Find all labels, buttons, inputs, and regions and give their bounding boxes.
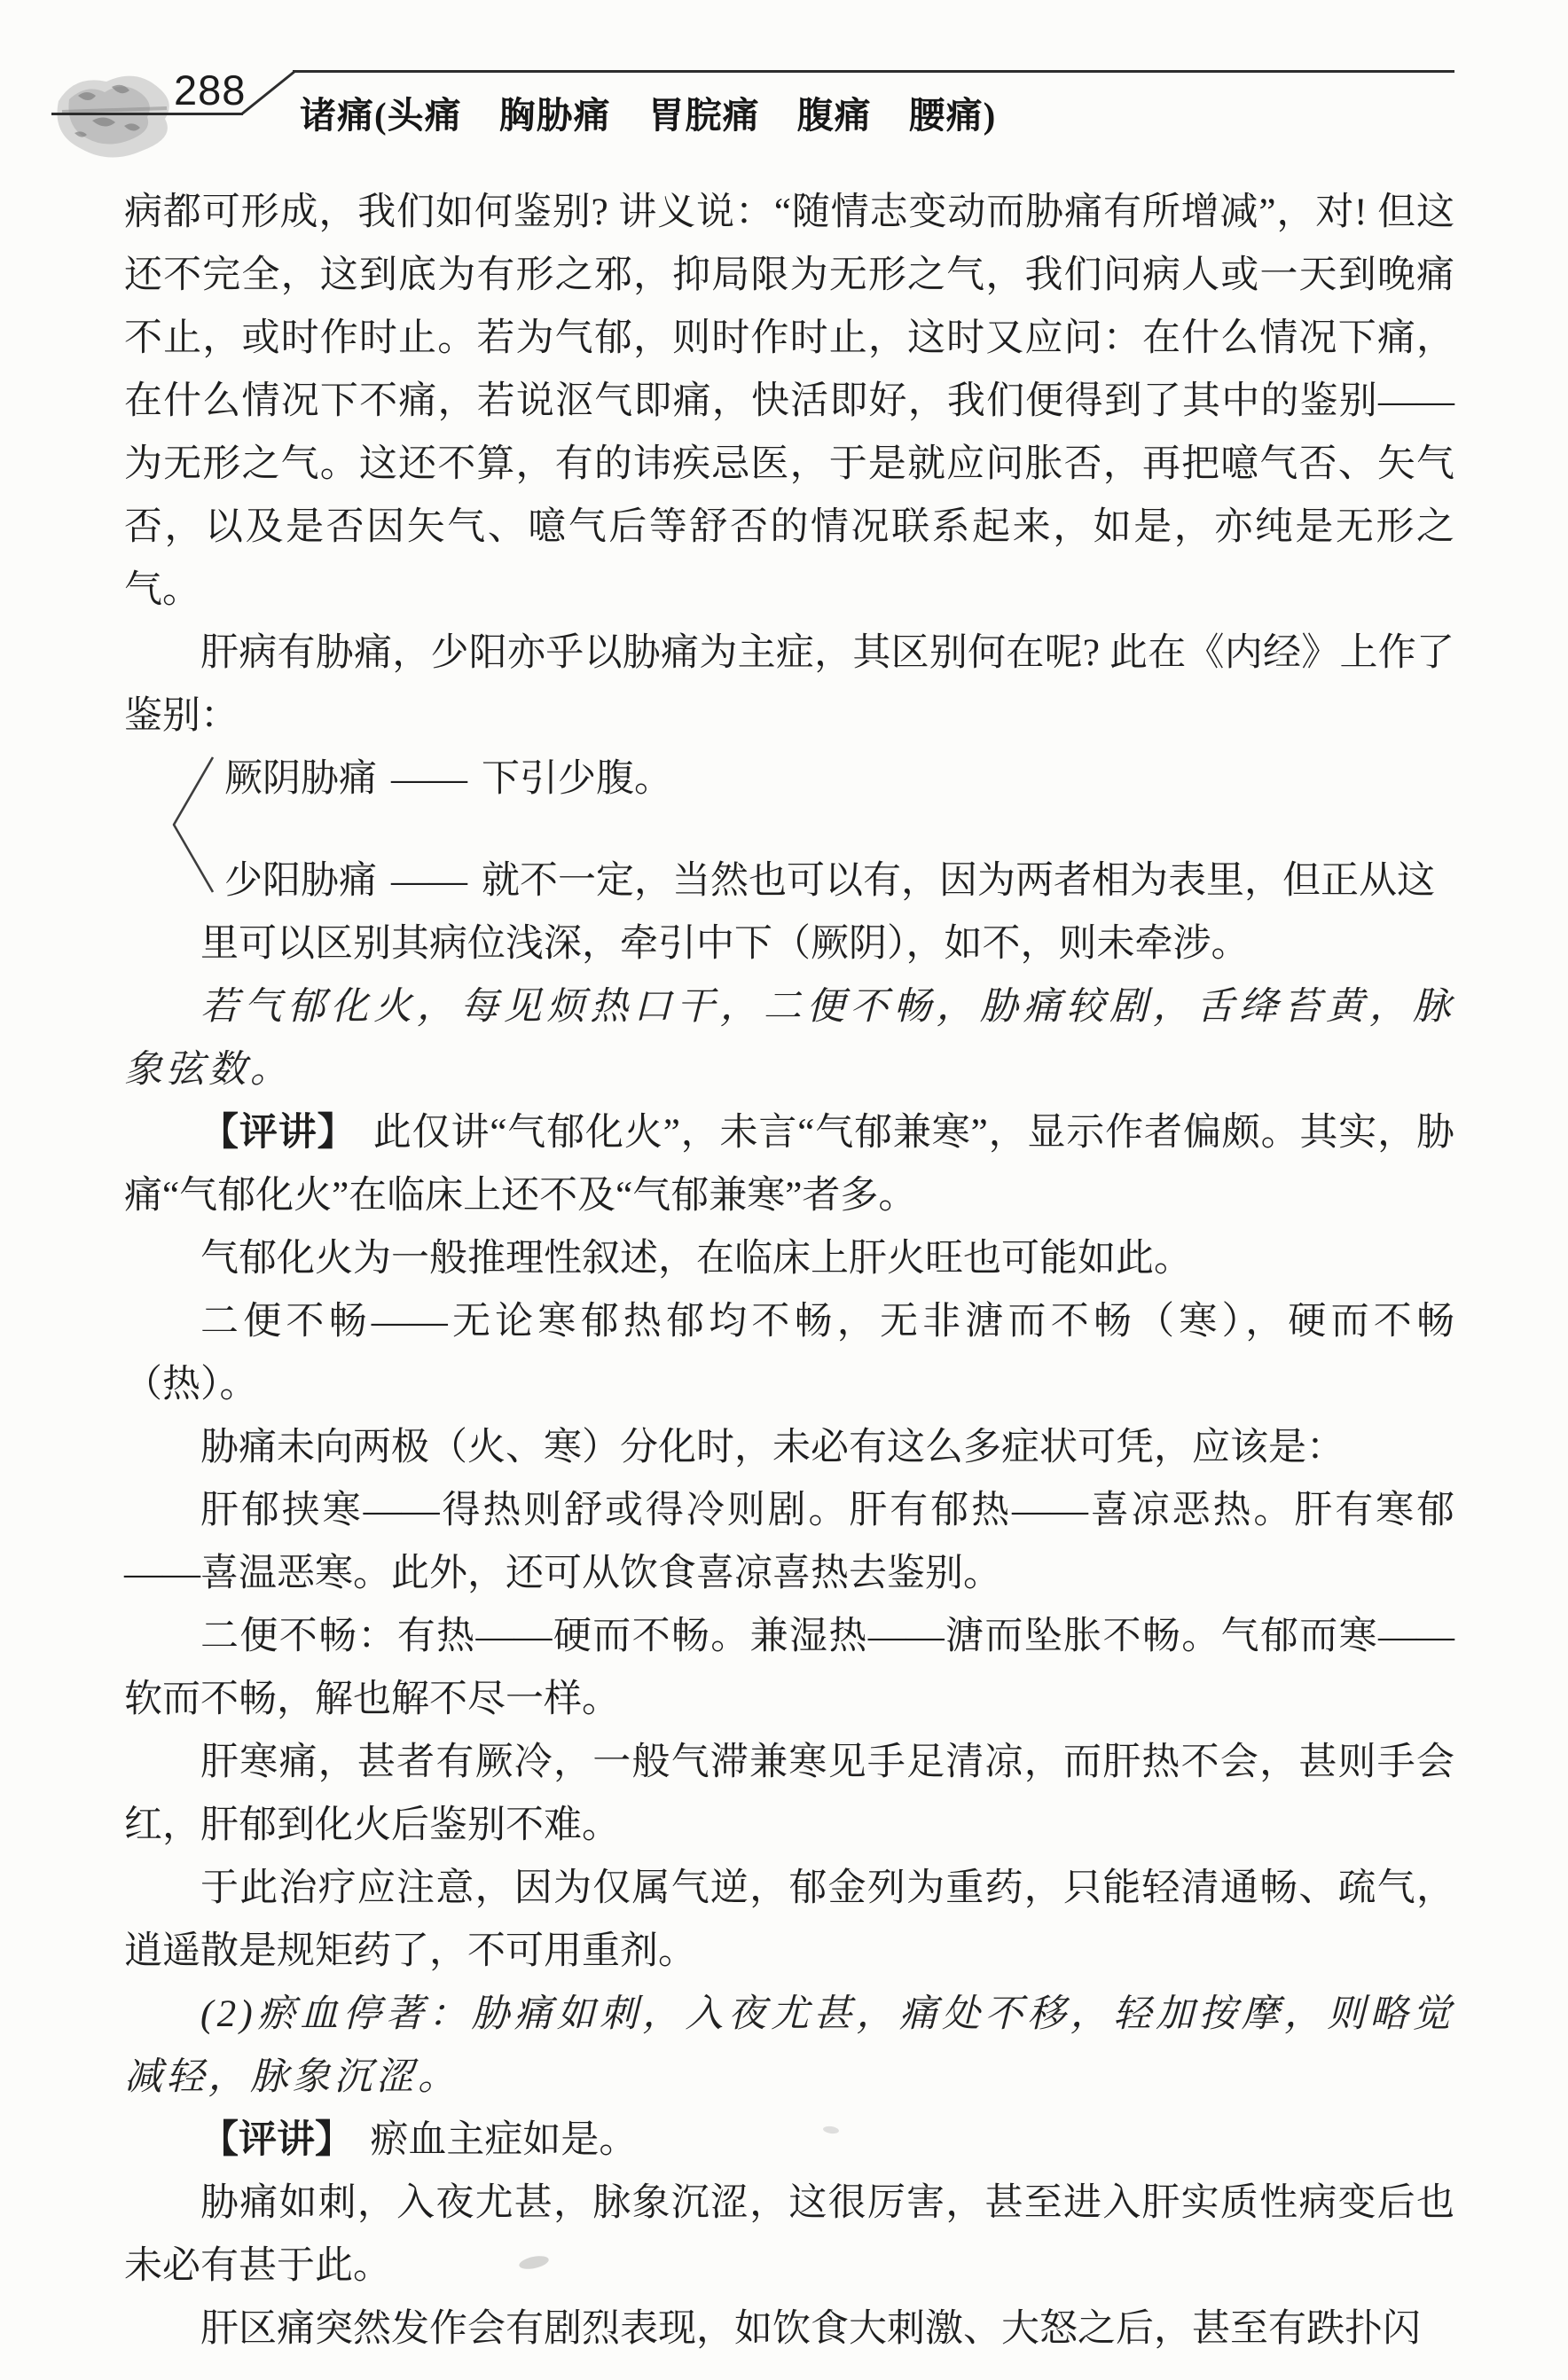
commentary-marker: 【评讲】 — [200, 1111, 356, 1154]
scanned-book-page: 288 诸痛(头痛 胸胁痛 胃脘痛 腹痛 腰痛) 病都可形成，我们如何鉴别? 讲… — [0, 0, 1568, 2380]
diagram-item-label: 少阳胁痛 — [224, 860, 377, 902]
page-body: 病都可形成，我们如何鉴别? 讲义说：“随情志变动而胁痛有所增减”，对! 但这还不… — [124, 181, 1454, 2360]
paragraph: 肝寒痛，甚者有厥冷，一般气滞兼寒见手足清凉，而肝热不会，甚则手会红，肝郁到化火后… — [124, 1731, 1454, 1857]
brace-icon — [171, 755, 216, 896]
paragraph: 肝区痛突然发作会有剧烈表现，如饮食大刺激、大怒之后，甚至有跌扑闪 — [124, 2298, 1454, 2360]
paragraph: 胁痛如刺，入夜尤甚，脉象沉涩，这很厉害，甚至进入肝实质性病变后也未必有甚于此。 — [124, 2172, 1454, 2298]
lecture-quote-paragraph: 若气郁化火，每见烦热口干，二便不畅，胁痛较剧，舌绛苔黄，脉象弦数。 — [124, 975, 1454, 1101]
header-rule-upper — [293, 70, 1454, 73]
paragraph: 肝病有胁痛，少阳亦乎以胁痛为主症，其区别何在呢? 此在《内经》上作了鉴别： — [124, 622, 1454, 748]
paragraph: 二便不畅——无论寒郁热郁均不畅，无非溏而不畅（寒），硬而不畅（热）。 — [124, 1290, 1454, 1416]
paragraph: 二便不畅：有热——硬而不畅。兼湿热——溏而坠胀不畅。气郁而寒——软而不畅，解也解… — [124, 1605, 1454, 1731]
paragraph: 病都可形成，我们如何鉴别? 讲义说：“随情志变动而胁痛有所增减”，对! 但这还不… — [124, 181, 1454, 622]
paragraph: 气郁化火为一般推理性叙述，在临床上肝火旺也可能如此。 — [124, 1227, 1454, 1290]
neijing-differentiation-diagram: 厥阴胁痛——下引少腹。少阳胁痛——就不一定，当然也可以有，因为两者相为表里，但正… — [124, 748, 1454, 912]
diagram-item-label: 厥阴胁痛 — [224, 758, 377, 800]
paragraph: 里可以区别其病位浅深，牵引中下（厥阴），如不，则未牵涉。 — [124, 912, 1454, 975]
commentary-marker: 【评讲】 — [200, 2118, 353, 2161]
paragraph: 于此治疗应注意，因为仅属气逆，郁金列为重药，只能轻清通畅、疏气，逍遥散是规矩药了… — [124, 1857, 1454, 1983]
header-rule-diagonal — [239, 69, 298, 117]
lecture-quote-paragraph: (2)瘀血停著：胁痛如刺，入夜尤甚，痛处不移，轻加按摩，则略觉减轻，脉象沉涩。 — [124, 1983, 1454, 2109]
dash-connector: —— — [391, 860, 467, 902]
diagram-item: 厥阴胁痛——下引少腹。 — [224, 748, 1454, 810]
paragraph: 胁痛未向两极（火、寒）分化时，未必有这么多症状可凭，应该是： — [124, 1416, 1454, 1479]
diagram-item: 少阳胁痛——就不一定，当然也可以有，因为两者相为表里，但正从这 — [224, 849, 1454, 912]
diagram-item-text: 就不一定，当然也可以有，因为两者相为表里，但正从这 — [482, 860, 1435, 902]
dash-connector: —— — [391, 758, 467, 800]
running-head-title: 诸痛(头痛 胸胁痛 胃脘痛 腹痛 腰痛) — [300, 86, 996, 138]
paragraph: 【评讲】此仅讲“气郁化火”，未言“气郁兼寒”，显示作者偏颇。其实，胁痛“气郁化火… — [124, 1101, 1454, 1227]
header-rule-lower — [51, 113, 243, 115]
page-number: 288 — [174, 67, 246, 114]
paragraph: 肝郁挟寒——得热则舒或得冷则剧。肝有郁热——喜凉恶热。肝有寒郁——喜温恶寒。此外… — [124, 1479, 1454, 1605]
paragraph: 【评讲】瘀血主症如是。 — [124, 2109, 1454, 2172]
diagram-item-text: 下引少腹。 — [482, 758, 672, 800]
